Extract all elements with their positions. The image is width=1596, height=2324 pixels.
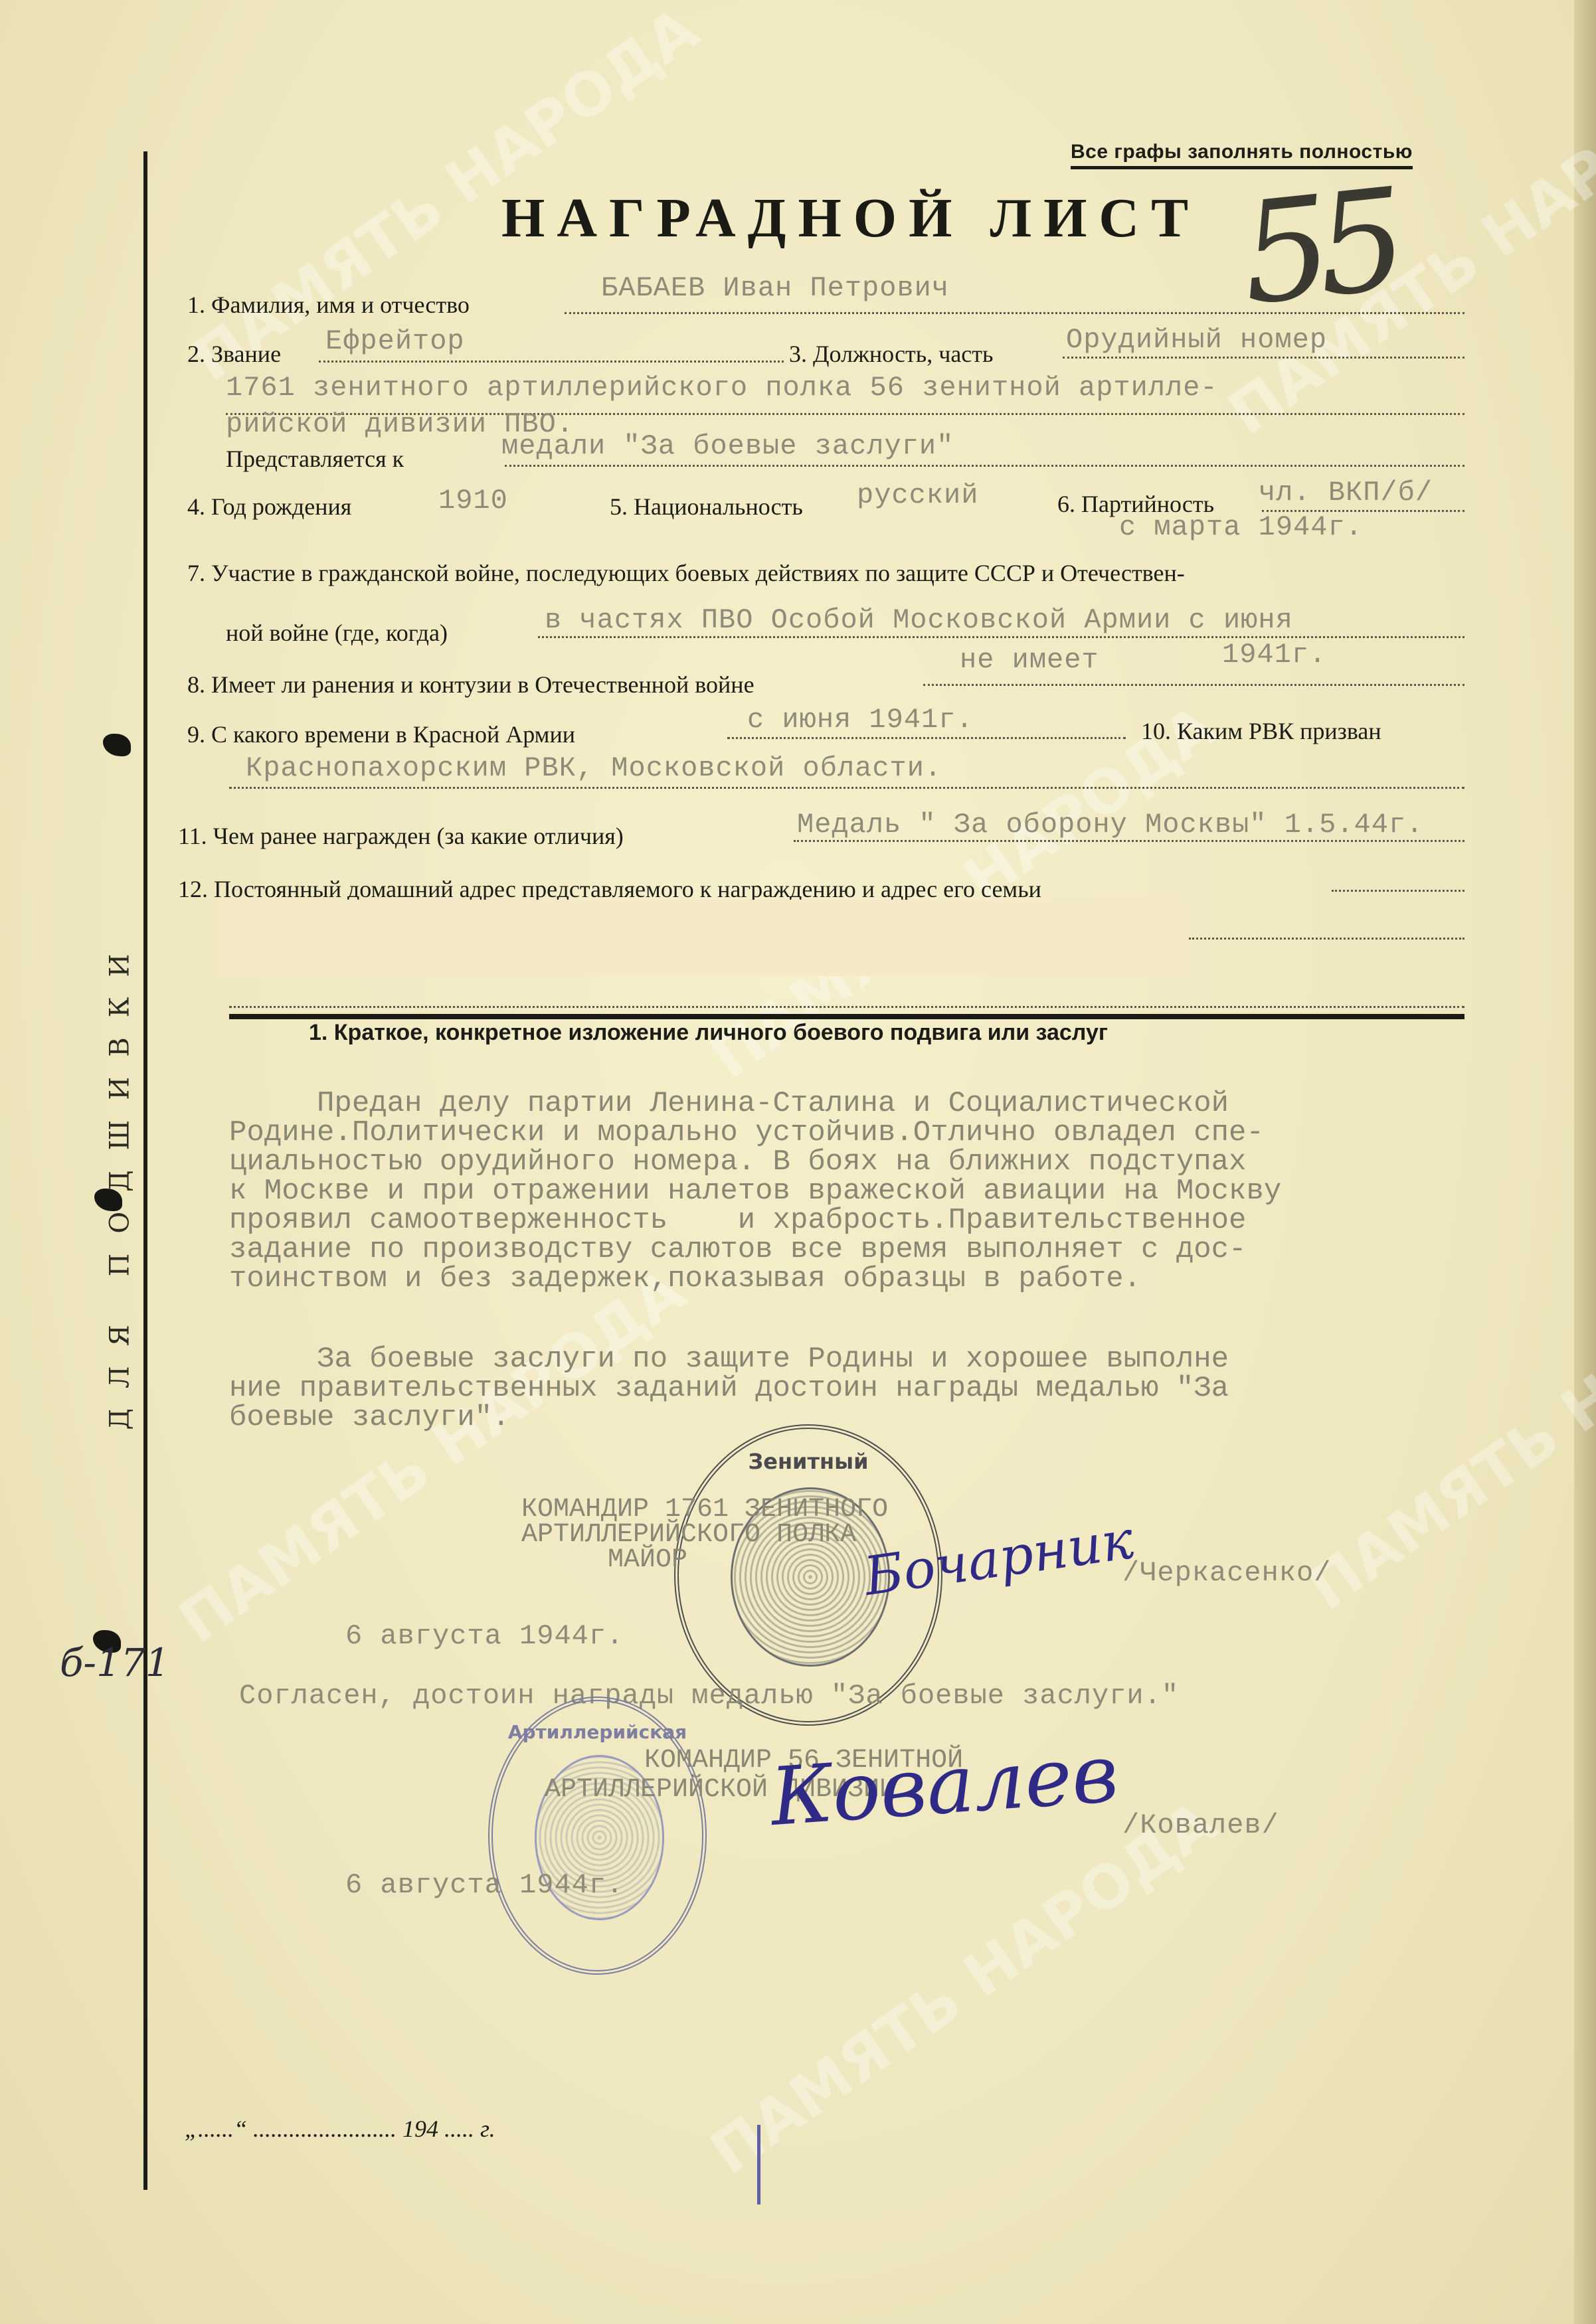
presented-label: Представляется к	[226, 445, 404, 473]
division-stamp: Артиллерийская	[488, 1697, 707, 1975]
field-8-line	[923, 684, 1464, 686]
field-4-label: 4. Год рождения	[187, 493, 351, 521]
section-1-heading: 1. Краткое, конкретное изложение личного…	[309, 1020, 1108, 1046]
field-12-line	[1332, 890, 1464, 892]
commander-name: /Черкасенко/	[1122, 1557, 1331, 1589]
field-6-value: чл. ВКП/б/	[1259, 477, 1433, 509]
field-6-value-cont: с марта 1944г.	[1119, 511, 1363, 543]
field-3-line	[1063, 357, 1464, 359]
division-commander-date: 6 августа 1944г.	[345, 1869, 624, 1901]
section-divider	[229, 1014, 1464, 1019]
field-7-label: 7. Участие в гражданской войне, последую…	[187, 559, 1185, 587]
binding-rule	[143, 151, 147, 2190]
field-7-line	[538, 636, 1464, 638]
field-2-label: 2. Звание	[187, 340, 281, 368]
field-10-value: Краснопахорским РВК, Московской области.	[246, 752, 942, 784]
field-12-label: 12. Постоянный домашний адрес представля…	[178, 875, 1041, 903]
redacted-address	[219, 900, 1186, 976]
archive-mark: б-171	[60, 1640, 170, 1685]
field-10-label: 10. Каким РВК призван	[1141, 717, 1381, 745]
field-2-value: Ефрейтор	[325, 325, 465, 357]
field-12-line-3	[229, 1006, 1464, 1008]
field-8-value: не имеет	[960, 644, 1099, 676]
section-1-paragraph-1: Предан делу партии Ленина-Сталина и Соци…	[229, 1089, 1281, 1293]
footer-date-line: „......“ ........................ 194 ..…	[185, 2115, 495, 2143]
presented-value: медали "За боевые заслуги"	[501, 430, 954, 462]
field-3-label: 3. Должность, часть	[789, 340, 993, 368]
section-1-paragraph-2: За боевые заслуги по защите Родины и хор…	[229, 1345, 1229, 1432]
field-7-value: в частях ПВО Особой Московской Армии с и…	[545, 604, 1293, 636]
field-12-line-2	[1189, 938, 1464, 940]
field-9-label: 9. С какого времени в Красной Армии	[187, 720, 575, 748]
field-11-value: Медаль " За оборону Москвы" 1.5.44г.	[797, 809, 1423, 841]
commander-title: КОМАНДИР 1761 ЗЕНИТНОГОАРТИЛЛЕРИЙСКОГО П…	[521, 1497, 888, 1573]
division-commander-name: /Ковалев/	[1122, 1809, 1279, 1841]
field-3-value: Орудийный номер	[1066, 324, 1327, 356]
field-11-label: 11. Чем ранее награжден (за какие отличи…	[178, 822, 624, 850]
field-7-label-cont: ной войне (где, когда)	[226, 619, 448, 647]
page-edge	[1574, 0, 1596, 2324]
field-9-value: с июня 1941г.	[747, 704, 974, 736]
field-3-value-cont: 1761 зенитного артиллерийского полка 56 …	[226, 372, 1218, 404]
field-7-value-cont: 1941г.	[1222, 639, 1326, 671]
commander-date: 6 августа 1944г.	[345, 1620, 624, 1652]
field-1-value: БАБАЕВ Иван Петрович	[601, 272, 949, 304]
field-5-label: 5. Национальность	[610, 493, 803, 521]
field-1-line	[565, 312, 1464, 314]
field-8-label: 8. Имеет ли ранения и контузии в Отечест…	[187, 671, 754, 699]
pen-mark	[757, 2125, 760, 2204]
field-1-label: 1. Фамилия, имя и отчество	[187, 291, 470, 319]
field-10-line	[229, 787, 1464, 789]
handwritten-number: 55	[1234, 159, 1401, 336]
binding-label: ДЛЯ ПОДШИВКИ	[100, 876, 139, 1487]
document-title: НАГРАДНОЙ ЛИСТ	[501, 186, 1200, 250]
field-2-line	[319, 361, 784, 363]
field-5-value: русский	[857, 479, 978, 511]
field-4-value: 1910	[438, 485, 508, 517]
presented-line	[505, 465, 1464, 467]
agreement-text: Согласен, достоин награды медалью "За бо…	[239, 1680, 1179, 1712]
field-9-line	[727, 737, 1126, 739]
